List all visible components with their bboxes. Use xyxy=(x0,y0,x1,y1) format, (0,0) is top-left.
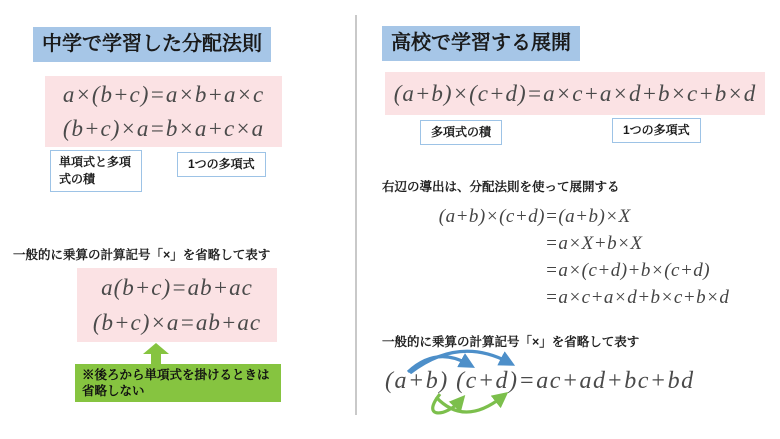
arrow-stem xyxy=(151,354,161,364)
left-distributive-formula-box: a×(b+c)=a×b+a×c (b+c)×a=b×a+c×a xyxy=(45,76,282,147)
column-divider xyxy=(355,15,357,415)
derivation-rhs: =a×(c+d)+b×(c+d) xyxy=(545,257,710,284)
derivation-note: 右辺の導出は、分配法則を使って展開する xyxy=(382,177,620,195)
label-polynomial-product: 多項式の積 xyxy=(420,120,502,145)
left-section-heading: 中学で学習した分配法則 xyxy=(33,27,271,62)
formula-line: (b+c)×a=ab+ac xyxy=(77,305,277,340)
right-section-heading: 高校で学習する展開 xyxy=(382,26,580,61)
derivation-row: =a×X+b×X xyxy=(420,230,729,257)
label-single-polynomial-left: 1つの多項式 xyxy=(177,152,266,177)
formula-line: (b+c)×a=b×a+c×a xyxy=(45,112,282,146)
derivation-row: (a+b)×(c+d) =(a+b)×X xyxy=(420,203,729,230)
derivation-lhs: (a+b)×(c+d) xyxy=(420,203,545,230)
derivation-lhs xyxy=(420,230,545,257)
derivation-lhs xyxy=(420,284,545,311)
green-arc-arrows-icon xyxy=(402,391,524,421)
derivation-rhs: =(a+b)×X xyxy=(545,203,631,230)
derivation-rhs: =a×X+b×X xyxy=(545,230,643,257)
right-expansion-formula-box: (a+b)×(c+d)=a×c+a×d+b×c+b×d xyxy=(385,72,765,115)
derivation-row: =a×c+a×d+b×c+b×d xyxy=(420,284,729,311)
derivation-steps: (a+b)×(c+d) =(a+b)×X =a×X+b×X =a×(c+d)+b… xyxy=(420,203,729,311)
derivation-rhs: =a×c+a×d+b×c+b×d xyxy=(545,284,729,311)
arrow-head xyxy=(143,343,169,354)
formula-line: a×(b+c)=a×b+a×c xyxy=(45,78,282,112)
left-omitted-formula-box: a(b+c)=ab+ac (b+c)×a=ab+ac xyxy=(77,268,277,342)
green-up-arrow-icon xyxy=(143,343,169,364)
omit-multiplication-note-left: 一般的に乗算の計算記号「×」を省略して表す xyxy=(13,245,270,263)
derivation-lhs xyxy=(420,257,545,284)
caution-note-box: ※後ろから単項式を掛けるときは省略しない xyxy=(75,364,281,402)
math-lesson-slide: 中学で学習した分配法則 a×(b+c)=a×b+a×c (b+c)×a=b×a+… xyxy=(0,0,780,439)
label-monomial-polynomial-product: 単項式と多項式の積 xyxy=(50,150,142,192)
derivation-row: =a×(c+d)+b×(c+d) xyxy=(420,257,729,284)
label-single-polynomial-right: 1つの多項式 xyxy=(612,118,701,143)
formula-line: a(b+c)=ab+ac xyxy=(77,270,277,305)
